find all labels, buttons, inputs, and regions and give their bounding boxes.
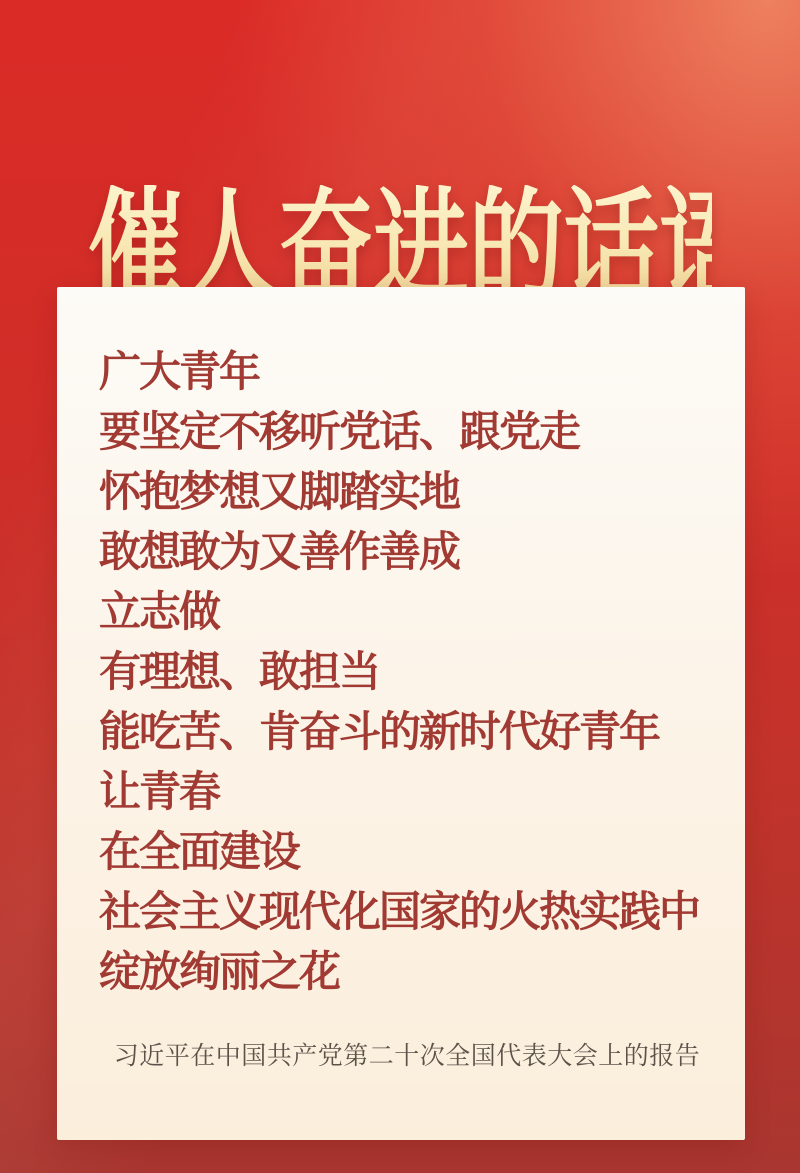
quote-line: 有理想、敢担当 bbox=[99, 642, 715, 702]
quote-line: 广大青年 bbox=[99, 342, 715, 402]
quote-line: 在全面建设 bbox=[99, 822, 715, 882]
quote-attribution: 习近平在中国共产党第二十次全国代表大会上的报告 bbox=[99, 1040, 715, 1072]
poster-background: 催人奋进的话语 广大青年 要坚定不移听党话、跟党走 怀抱梦想又脚踏实地 敢想敢为… bbox=[0, 0, 800, 1173]
quote-line: 让青春 bbox=[99, 762, 715, 822]
quote-line: 怀抱梦想又脚踏实地 bbox=[99, 462, 715, 522]
quote-card: 广大青年 要坚定不移听党话、跟党走 怀抱梦想又脚踏实地 敢想敢为又善作善成 立志… bbox=[57, 287, 745, 1140]
quote-line: 社会主义现代化国家的火热实践中 bbox=[99, 882, 715, 942]
quote-line: 绽放绚丽之花 bbox=[99, 942, 715, 1002]
quote-line: 要坚定不移听党话、跟党走 bbox=[99, 402, 715, 462]
quote-line: 敢想敢为又善作善成 bbox=[99, 522, 715, 582]
quote-line: 立志做 bbox=[99, 582, 715, 642]
quote-line: 能吃苦、肯奋斗的新时代好青年 bbox=[99, 702, 715, 762]
